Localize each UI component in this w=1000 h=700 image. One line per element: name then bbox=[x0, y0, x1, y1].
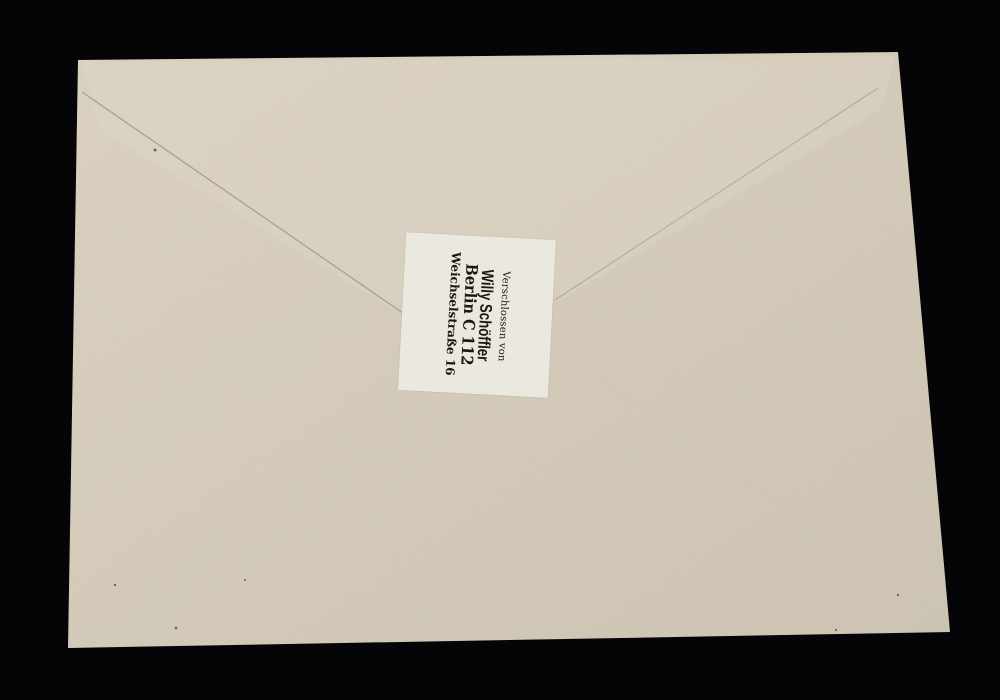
photo-scene: Verschlossen von Willy Schöffler Berlin … bbox=[0, 0, 1000, 700]
seal-label: Verschlossen von Willy Schöffler Berlin … bbox=[398, 232, 556, 398]
